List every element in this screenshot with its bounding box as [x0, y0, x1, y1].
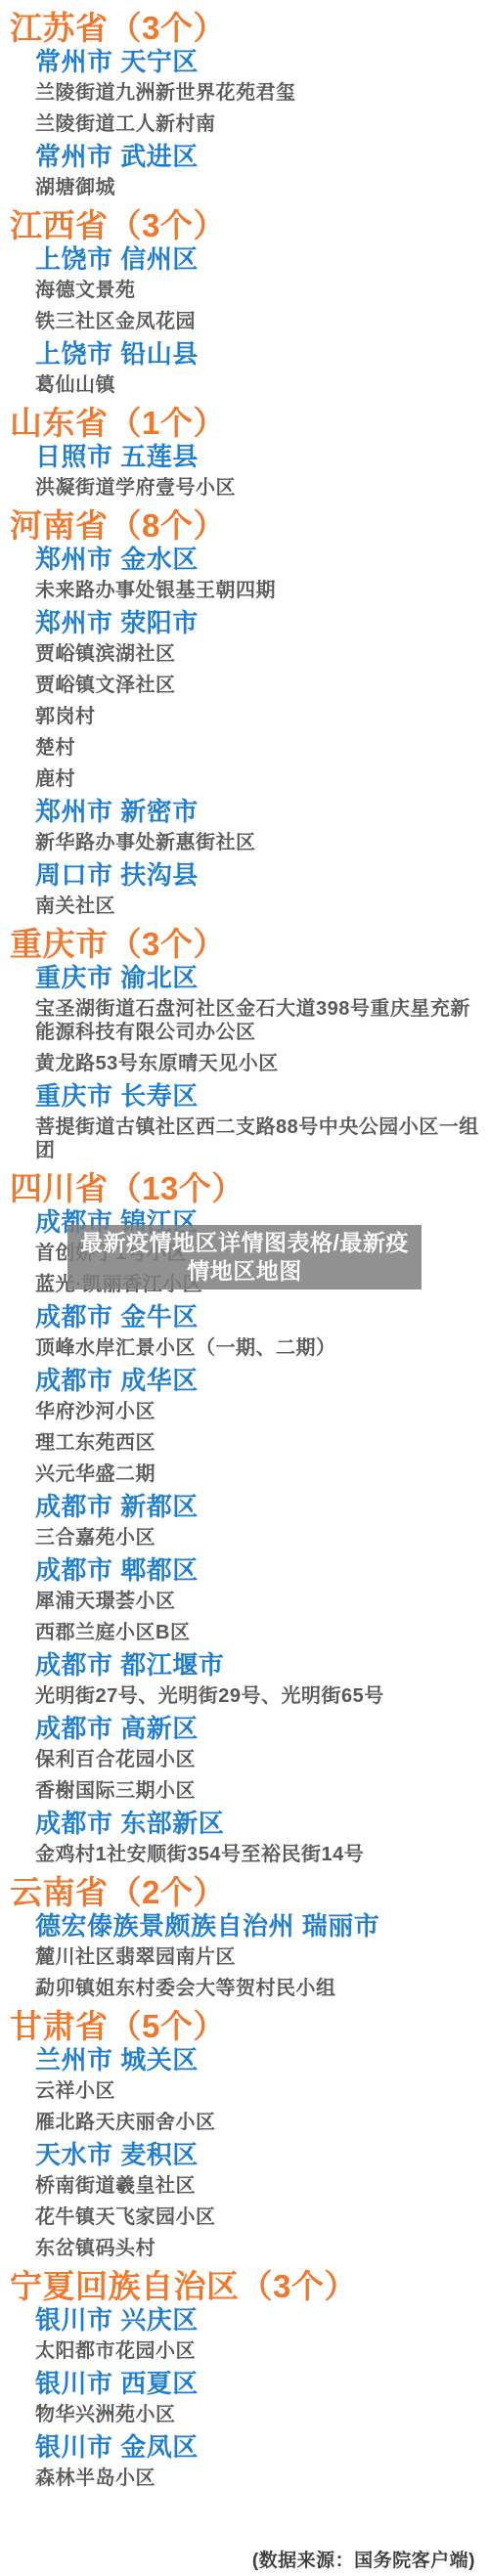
city-district-header: 银川市 西夏区 — [35, 2371, 481, 2397]
province-name: 江西省 — [10, 207, 109, 243]
area-item: 湖塘御城 — [35, 176, 479, 199]
province-header: 江苏省（3个） — [10, 10, 481, 46]
area-item: 兰陵街道九洲新世界花苑君玺 — [35, 81, 479, 105]
area-item: 森林半岛小区 — [35, 2467, 479, 2490]
province-name: 山东省 — [10, 405, 109, 441]
province-area-count: （13个） — [110, 1170, 244, 1206]
area-item: 雁北路天庆丽舍小区 — [35, 2111, 479, 2134]
area-item: 保利百合花园小区 — [35, 1748, 479, 1771]
area-item: 铁三社区金凤花园 — [35, 310, 479, 333]
province-header: 甘肃省（5个） — [10, 2008, 481, 2044]
area-item: 太阳都市花园小区 — [35, 2339, 479, 2363]
area-item: 金鸡村1社安顺街354号至裕民街14号 — [35, 1843, 479, 1866]
area-item: 西郡兰庭小区B区 — [35, 1621, 479, 1644]
city-district-header: 成都市 都江堰市 — [35, 1652, 481, 1679]
city-district-header: 银川市 兴庆区 — [35, 2307, 481, 2334]
province-header: 宁夏回族自治区（3个） — [10, 2268, 481, 2304]
area-item: 桥南街道羲皇社区 — [35, 2174, 479, 2198]
city-district-header: 周口市 扶沟县 — [35, 862, 481, 889]
city-district-header: 成都市 成华区 — [35, 1368, 481, 1394]
province-area-count: （8个） — [110, 507, 226, 544]
city-district-header: 重庆市 长寿区 — [35, 1083, 481, 1110]
city-district-header: 德宏傣族景颇族自治州 瑞丽市 — [35, 1913, 481, 1940]
area-item: 贾峪镇滨湖社区 — [35, 642, 479, 666]
city-district-header: 上饶市 信州区 — [35, 246, 481, 273]
province-area-count: （3个） — [110, 207, 226, 243]
province-header: 河南省（8个） — [10, 507, 481, 544]
city-district-header: 重庆市 渝北区 — [35, 965, 481, 991]
area-item: 华府沙河小区 — [35, 1400, 479, 1423]
area-item: 犀浦天璟荟小区 — [35, 1590, 479, 1613]
city-district-header: 成都市 东部新区 — [35, 1811, 481, 1837]
province-name: 甘肃省 — [10, 2008, 109, 2044]
province-area-count: （2个） — [110, 1874, 226, 1910]
province-area-count: （1个） — [110, 405, 226, 441]
watermark-text: 最新疫情地区详情图表格/最新疫情地区地图 — [80, 1230, 409, 1284]
area-item: 菩提街道古镇社区西二支路88号中央公园小区一组团 — [35, 1115, 479, 1162]
city-district-header: 天水市 麦积区 — [35, 2142, 481, 2168]
province-area-count: （5个） — [110, 2008, 226, 2044]
area-item: 贾峪镇文泽社区 — [35, 674, 479, 697]
city-district-header: 成都市 郫都区 — [35, 1557, 481, 1584]
area-item: 楚村 — [35, 736, 479, 760]
area-item: 兴元华盛二期 — [35, 1463, 479, 1486]
area-item: 鹿村 — [35, 767, 479, 791]
area-item: 新华路办事处新惠街社区 — [35, 831, 479, 854]
area-item: 顶峰水岸汇景小区（一期、二期） — [35, 1336, 479, 1360]
city-district-header: 郑州市 金水区 — [35, 546, 481, 573]
province-header: 云南省（2个） — [10, 1874, 481, 1910]
area-item: 宝圣湖街道石盘河社区金石大道398号重庆星充新能源科技有限公司办公区 — [35, 997, 479, 1044]
city-district-header: 成都市 高新区 — [35, 1716, 481, 1742]
area-item: 花牛镇天飞家园小区 — [35, 2205, 479, 2229]
city-district-header: 上饶市 铅山县 — [35, 341, 481, 368]
area-item: 理工东苑西区 — [35, 1431, 479, 1455]
area-item: 东岔镇码头村 — [35, 2237, 479, 2260]
city-district-header: 常州市 武进区 — [35, 144, 481, 170]
province-name: 宁夏回族自治区 — [10, 2268, 240, 2304]
city-district-header: 常州市 天宁区 — [35, 49, 481, 75]
province-header: 四川省（13个） — [10, 1170, 481, 1206]
area-item: 香榭国际三期小区 — [35, 1779, 479, 1803]
area-item: 光明街27号、光明街29号、光明街65号 — [35, 1684, 479, 1708]
province-name: 云南省 — [10, 1874, 109, 1910]
area-item: 南关社区 — [35, 895, 479, 918]
area-item: 云祥小区 — [35, 2079, 479, 2103]
province-area-count: （3个） — [110, 926, 226, 962]
area-item: 勐卯镇姐东村委会大等贺村民小组 — [35, 1977, 479, 2000]
area-item: 三合嘉苑小区 — [35, 1526, 479, 1550]
province-header: 重庆市（3个） — [10, 926, 481, 962]
province-name: 重庆市 — [10, 926, 109, 962]
area-item: 洪凝街道学府壹号小区 — [35, 476, 479, 500]
watermark-overlay: 最新疫情地区详情图表格/最新疫情地区地图 — [67, 1225, 422, 1289]
province-name: 江苏省 — [10, 10, 109, 46]
city-district-header: 日照市 五莲县 — [35, 444, 481, 470]
city-district-header: 郑州市 荥阳市 — [35, 610, 481, 636]
area-item: 葛仙山镇 — [35, 373, 479, 397]
area-item: 麓川社区翡翠园南片区 — [35, 1945, 479, 1969]
province-area-count: （3个） — [110, 10, 226, 46]
area-item: 郭岗村 — [35, 705, 479, 728]
epidemic-risk-area-page: 江苏省（3个）常州市 天宁区兰陵街道九洲新世界花苑君玺兰陵街道工人新村南常州市 … — [0, 0, 489, 2576]
area-item: 海德文景苑 — [35, 279, 479, 302]
city-district-header: 郑州市 新密市 — [35, 799, 481, 825]
city-district-header: 兰州市 城关区 — [35, 2047, 481, 2074]
province-name: 河南省 — [10, 507, 109, 544]
area-item: 兰陵街道工人新村南 — [35, 112, 479, 136]
area-item: 未来路办事处银基王朝四期 — [35, 579, 479, 602]
data-source-note: (数据来源：国务院客户端) — [252, 2546, 475, 2572]
city-district-header: 成都市 新都区 — [35, 1494, 481, 1520]
area-item: 物华兴洲苑小区 — [35, 2403, 479, 2426]
city-district-header: 银川市 金凤区 — [35, 2434, 481, 2461]
province-area-count: （3个） — [241, 2268, 357, 2304]
province-header: 江西省（3个） — [10, 207, 481, 243]
area-item: 黄龙路53号东原晴天见小区 — [35, 1052, 479, 1075]
city-district-header: 成都市 金牛区 — [35, 1304, 481, 1331]
province-name: 四川省 — [10, 1170, 109, 1206]
province-header: 山东省（1个） — [10, 405, 481, 441]
